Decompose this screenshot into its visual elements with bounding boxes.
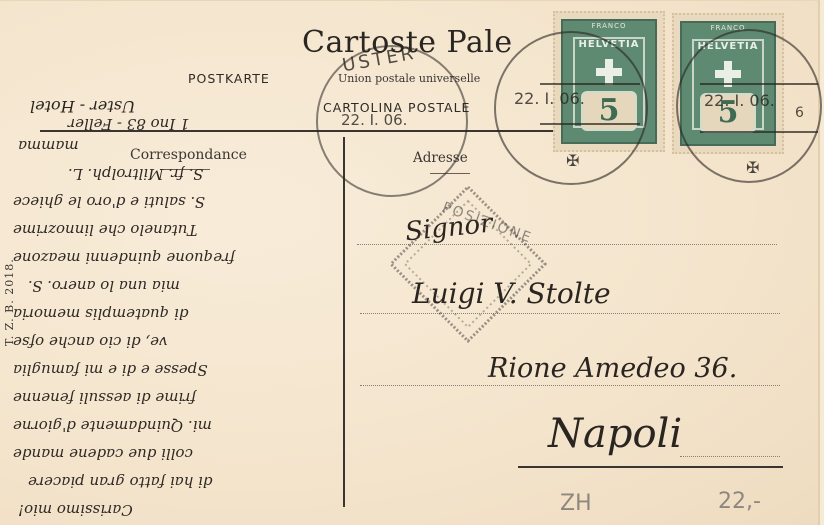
label-postkarte: POSTKARTE xyxy=(188,71,270,86)
pencil-note-region: ZH xyxy=(560,491,592,516)
postmark-date: 22. I. 06. xyxy=(341,111,407,129)
message-line: 1 Ino 83 - Feller xyxy=(68,115,190,133)
message-line: di hai fatto gran piacere xyxy=(28,473,213,491)
stamp-franco-text: FRANCO xyxy=(563,22,655,30)
message-line: S. saluti e d'oro le ghiece xyxy=(13,193,205,211)
arrival-postmark xyxy=(383,179,553,349)
postmark-cross-icon: ✠ xyxy=(746,158,759,177)
postmark-date: 22. I. 06. xyxy=(704,91,775,110)
message-line: Carissimo mio! xyxy=(18,501,133,519)
message-line: Spesse e di e mi famuglia xyxy=(13,361,208,379)
message-line: S. fr. Miltrolph. L. xyxy=(68,165,203,183)
address-city-underline xyxy=(518,466,783,468)
address-line-3 xyxy=(360,385,780,386)
address-street: Rione Amedeo 36. xyxy=(488,353,737,384)
postmark-hour: 6 xyxy=(795,105,804,121)
pencil-note-price: 22,- xyxy=(718,489,761,514)
postmark-bar xyxy=(540,83,640,85)
message-line: ve, di cio anche ofse xyxy=(13,333,168,351)
address-city: Napoli xyxy=(548,411,682,457)
postmark-cross-icon: ✠ xyxy=(566,151,579,170)
message-line: mamma xyxy=(18,137,79,155)
message-line: mi. Quindamente d'giorne xyxy=(13,417,212,435)
center-divider xyxy=(343,137,345,507)
message-line: di quatemplis memoria xyxy=(13,305,188,323)
message-line: Tutanelo che linnozrime xyxy=(13,221,197,239)
message-line: colli due cadene mande xyxy=(13,445,193,463)
message-line: mia una lo anero. S. xyxy=(28,277,180,295)
postmark-bar xyxy=(700,131,818,133)
postcard-back: Cartoste Pale POSTKARTE Union postale un… xyxy=(0,0,820,525)
postmark-bar xyxy=(540,123,640,125)
postmark-bar xyxy=(700,83,818,85)
postmark-date: 22. I. 06. xyxy=(514,89,585,108)
message-line: frime di aessuli fenenne xyxy=(13,389,196,407)
address-line-4-dotted xyxy=(680,456,780,457)
message-body-upside-down: Carissimo mio! di hai fatto gran piacere… xyxy=(8,99,338,519)
message-line: frequone quindenni meazone xyxy=(13,249,235,267)
